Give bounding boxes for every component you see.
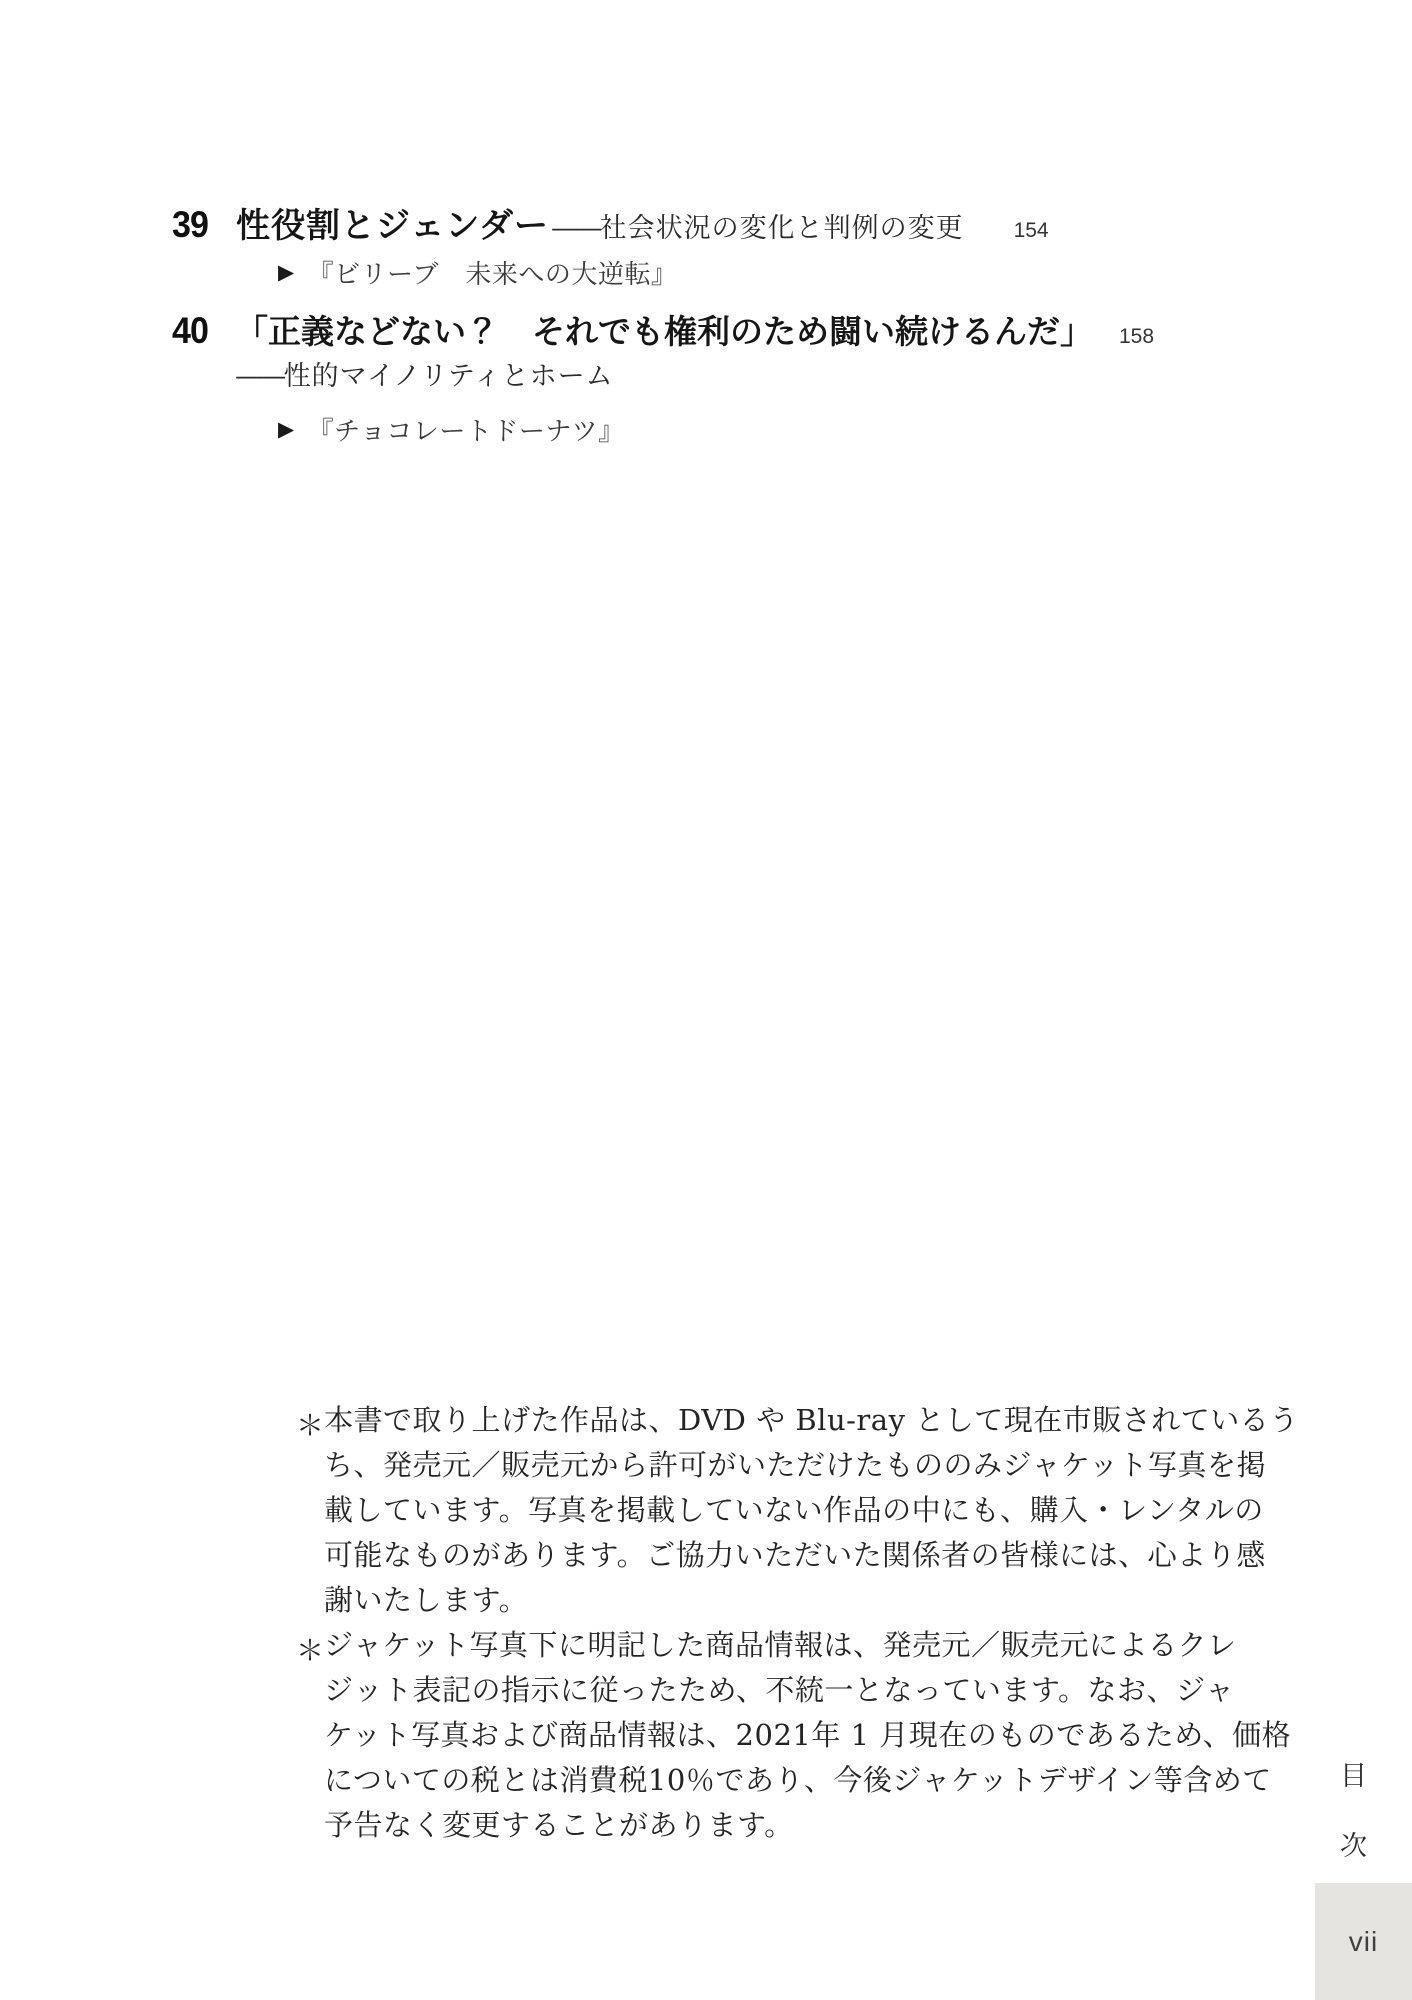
chapter-number: 39 <box>172 204 231 246</box>
footnote-line: ジット表記の指示に従ったため、不統一となっています。なお、ジャ <box>324 1668 1158 1713</box>
toc-entry-40-subtitle-row: —— 性的マイノリティとホーム <box>235 354 614 393</box>
dash-separator: —— <box>235 361 284 392</box>
film-reference: ▶ 『ビリーブ 未来への大逆転』 <box>278 254 677 291</box>
dash-separator: —— <box>551 213 600 244</box>
footnote-line: についての税とは消費税10％であり、今後ジャケットデザイン等含めて <box>324 1758 1158 1803</box>
asterisk-icon: ＊ <box>296 1629 324 1669</box>
chapter-page-number: 154 <box>1014 219 1049 243</box>
chapter-title: 性役割とジェンダー <box>236 198 549 247</box>
film-title: 『チョコレートドーナツ』 <box>308 411 625 448</box>
footnote-line: 可能なものがあります。ご協力いただいた関係者の皆様には、心より感 <box>324 1533 1158 1578</box>
film-title: 『ビリーブ 未来への大逆転』 <box>308 254 678 291</box>
toc-entry-39: 39 性役割とジェンダー —— 社会状況の変化と判例の変更 154 <box>172 198 1049 247</box>
chapter-number: 40 <box>172 310 230 352</box>
footnote-2: ＊ ジャケット写真下に明記した商品情報は、発売元／販売元によるクレ ジット表記の… <box>298 1623 1158 1848</box>
toc-entry-40: 40 「正義などない？ それでも権利のため闘い続けるんだ」 158 <box>172 306 1154 353</box>
footnote-line: 予告なく変更することがあります。 <box>324 1803 1158 1848</box>
footnote-1: ＊ 本書で取り上げた作品は、DVD や Blu-ray として現在市販されている… <box>298 1398 1158 1623</box>
running-head-char: 目 <box>1340 1763 1367 1790</box>
play-triangle-icon: ▶ <box>278 262 295 283</box>
film-reference: ▶ 『チョコレートドーナツ』 <box>278 411 625 448</box>
running-head-char: 次 <box>1340 1833 1367 1860</box>
page-tab: vii <box>1315 1883 1412 2000</box>
footnote-line: ジャケット写真下に明記した商品情報は、発売元／販売元によるクレ <box>324 1623 1158 1668</box>
page-number: vii <box>1349 1926 1378 1958</box>
footnotes-block: ＊ 本書で取り上げた作品は、DVD や Blu-ray として現在市販されている… <box>298 1398 1158 1848</box>
chapter-title: 「正義などない？ それでも権利のため闘い続けるんだ」 <box>235 306 1093 353</box>
play-triangle-icon: ▶ <box>278 419 295 440</box>
footnote-line: 本書で取り上げた作品は、DVD や Blu-ray として現在市販されているう <box>324 1398 1158 1443</box>
footnote-line: 載しています。写真を掲載していない作品の中にも、購入・レンタルの <box>324 1488 1158 1533</box>
footnote-line: ち、発売元／販売元から許可がいただけたもののみジャケット写真を掲 <box>324 1443 1158 1488</box>
running-head-vertical: 目 次 <box>1340 1763 1367 1903</box>
footnote-line: ケット写真および商品情報は、2021年 1 月現在のものであるため、価格 <box>324 1713 1158 1758</box>
chapter-subtitle: 性的マイノリティとホーム <box>284 354 614 393</box>
footnote-line: 謝いたします。 <box>324 1578 1158 1623</box>
chapter-page-number: 158 <box>1119 325 1154 349</box>
asterisk-icon: ＊ <box>296 1404 324 1444</box>
chapter-subtitle: 社会状況の変化と判例の変更 <box>600 206 964 245</box>
